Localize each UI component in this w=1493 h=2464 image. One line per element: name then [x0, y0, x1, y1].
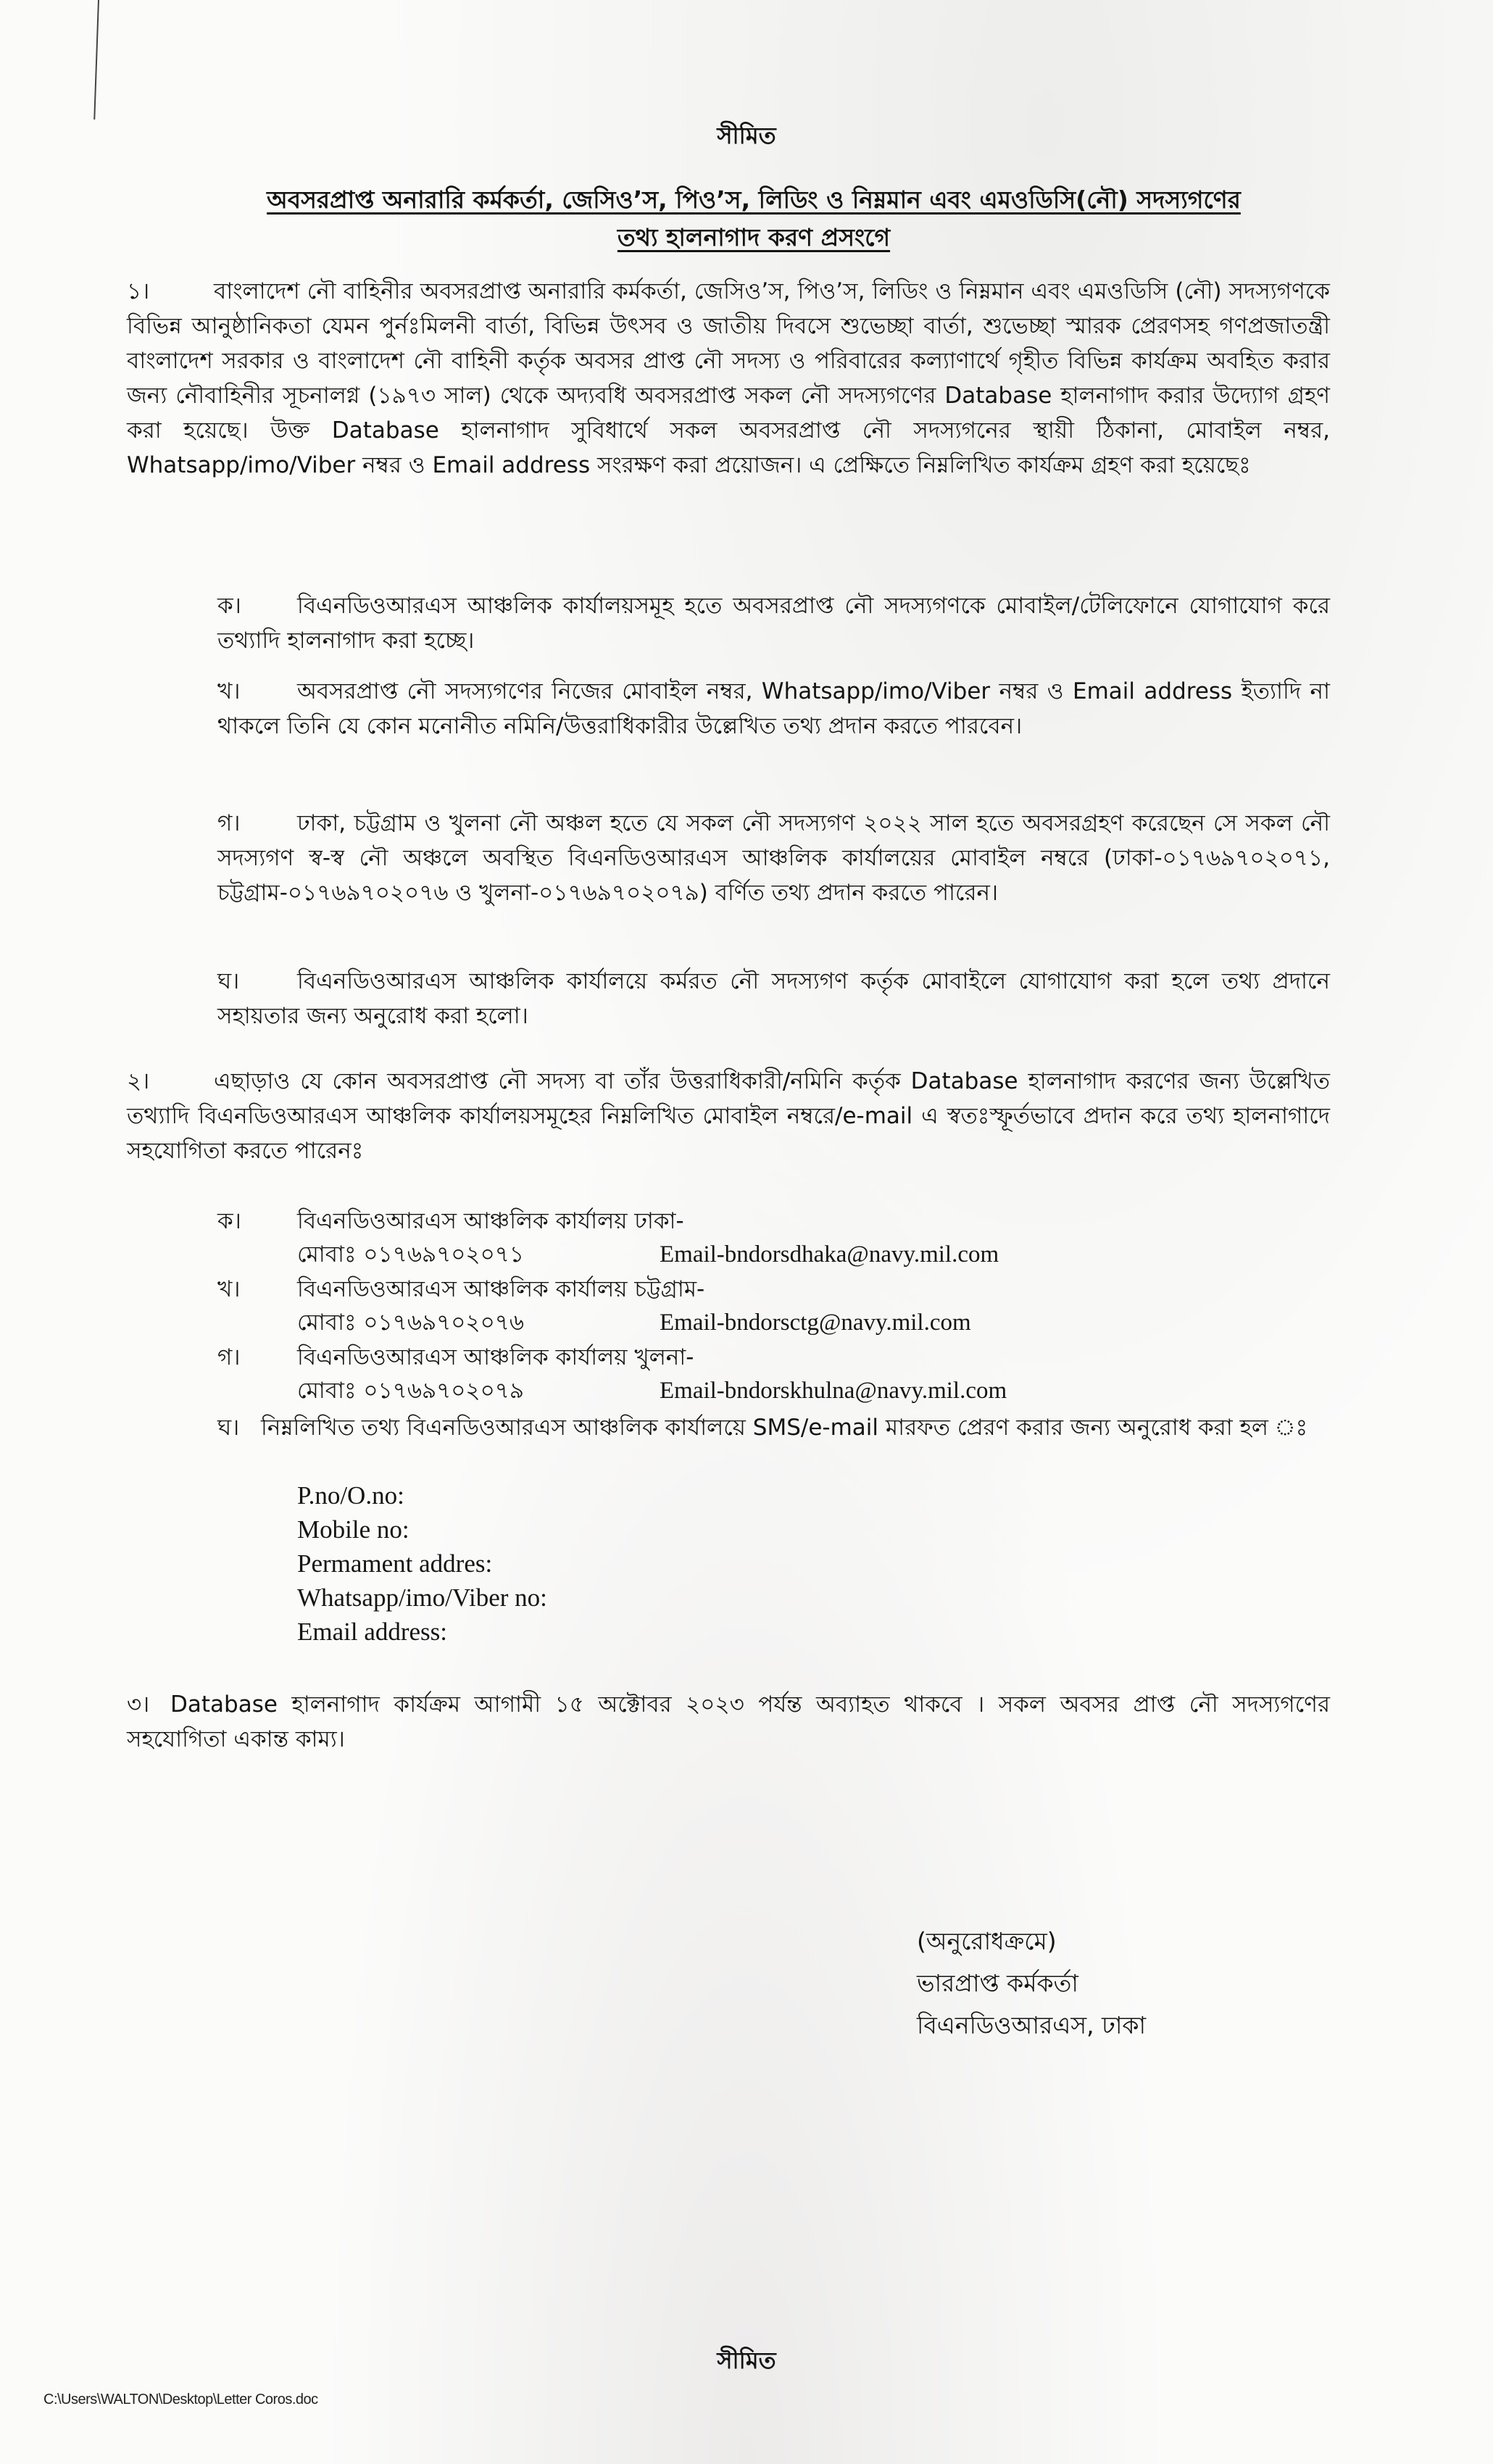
paragraph-1-item-ga: গ।ঢাকা, চট্টগ্রাম ও খুলনা নৌ অঞ্চল হতে য…	[217, 806, 1330, 910]
paragraph-text: এছাড়াও যে কোন অবসরপ্রাপ্ত নৌ সদস্য বা ত…	[127, 1068, 1330, 1164]
paper-fold-line	[93, 0, 99, 120]
office-name: বিএনডিওআরএস আঞ্চলিক কার্যালয় ঢাকা-	[297, 1208, 684, 1234]
paragraph-1-item-kha: খ।অবসরপ্রাপ্ত নৌ সদস্যগণের নিজের মোবাইল …	[217, 674, 1330, 744]
info-request: ঘ।নিম্নলিখিত তথ্য বিএনডিওআরএস আঞ্চলিক কা…	[217, 1410, 1330, 1445]
subject-line-2: তথ্য হালনাগাদ করণ প্রসংগে	[617, 223, 890, 251]
signature-line-3: বিএনডিওআরএস, ঢাকা	[917, 2005, 1146, 2047]
office-number: খ।	[217, 1273, 297, 1306]
item-text: ঢাকা, চট্টগ্রাম ও খুলনা নৌ অঞ্চল হতে যে …	[217, 810, 1330, 906]
classification-footer: সীমিত	[0, 2342, 1493, 2381]
mobile-number: মোবাঃ ০১৭৬৯৭০২০৭৯	[297, 1374, 660, 1407]
required-fields-list: P.no/O.no: Mobile no: Permament addres: …	[297, 1478, 547, 1649]
paragraph-1-item-ka: ক।বিএনডিওআরএস আঞ্চলিক কার্যালয়সমূহ হতে …	[217, 588, 1330, 658]
mobile-number: মোবাঃ ০১৭৬৯৭০২০৭৬	[297, 1306, 660, 1339]
office-name: বিএনডিওআরএস আঞ্চলিক কার্যালয় খুলনা-	[297, 1344, 694, 1370]
paragraph-number: ১।	[127, 274, 214, 309]
email-address[interactable]: Email-bndorskhulna@navy.mil.com	[660, 1378, 1007, 1404]
office-khulna-contact: মোবাঃ ০১৭৬৯৭০২০৭৯Email-bndorskhulna@navy…	[297, 1374, 1312, 1407]
item-text: নিম্নলিখিত তথ্য বিএনডিওআরএস আঞ্চলিক কার্…	[261, 1415, 1307, 1441]
office-khulna: গ।বিএনডিওআরএস আঞ্চলিক কার্যালয় খুলনা-	[217, 1341, 1330, 1374]
office-number: ক।	[217, 1204, 297, 1238]
paragraph-2: ২।এছাড়াও যে কোন অবসরপ্রাপ্ত নৌ সদস্য বা…	[127, 1064, 1330, 1168]
office-dhaka: ক।বিএনডিওআরএস আঞ্চলিক কার্যালয় ঢাকা-	[217, 1204, 1330, 1238]
subject-heading: অবসরপ্রাপ্ত অনারারি কর্মকর্তা, জেসিও’স, …	[145, 181, 1363, 257]
email-address[interactable]: Email-bndorsctg@navy.mil.com	[660, 1310, 971, 1336]
office-name: বিএনডিওআরএস আঞ্চলিক কার্যালয় চট্টগ্রাম-	[297, 1276, 704, 1302]
paragraph-1: ১।বাংলাদেশ নৌ বাহিনীর অবসরপ্রাপ্ত অনারার…	[127, 274, 1330, 483]
paragraph-text: বাংলাদেশ নৌ বাহিনীর অবসরপ্রাপ্ত অনারারি …	[127, 278, 1330, 478]
file-path-footer: C:\Users\WALTON\Desktop\Letter Coros.doc	[43, 2392, 318, 2408]
item-text: বিএনডিওআরএস আঞ্চলিক কার্যালয়সমূহ হতে অব…	[217, 593, 1330, 654]
item-number: ক।	[217, 588, 297, 623]
field-mobile: Mobile no:	[297, 1512, 547, 1547]
signature-line-2: ভারপ্রাপ্ত কর্মকর্তা	[917, 1963, 1146, 2005]
paragraph-number: ২।	[127, 1064, 214, 1099]
classification-header: সীমিত	[0, 117, 1493, 157]
item-text: অবসরপ্রাপ্ত নৌ সদস্যগণের নিজের মোবাইল নম…	[217, 678, 1330, 739]
office-number: গ।	[217, 1341, 297, 1374]
field-pno: P.no/O.no:	[297, 1478, 547, 1512]
office-chittagong: খ।বিএনডিওআরএস আঞ্চলিক কার্যালয় চট্টগ্রা…	[217, 1273, 1330, 1306]
signature-block: (অনুরোধক্রমে) ভারপ্রাপ্ত কর্মকর্তা বিএনড…	[917, 1920, 1146, 2047]
field-permanent-address: Permament addres:	[297, 1547, 547, 1581]
paragraph-3: ৩।Database হালনাগাদ কার্যক্রম আগামী ১৫ অ…	[127, 1687, 1330, 1757]
email-address[interactable]: Email-bndorsdhaka@navy.mil.com	[660, 1241, 999, 1268]
office-dhaka-contact: মোবাঃ ০১৭৬৯৭০২০৭১Email-bndorsdhaka@navy.…	[297, 1238, 1312, 1271]
item-number: গ।	[217, 806, 297, 841]
subject-line-1: অবসরপ্রাপ্ত অনারারি কর্মকর্তা, জেসিও’স, …	[267, 186, 1241, 214]
paragraph-text: Database হালনাগাদ কার্যক্রম আগামী ১৫ অক্…	[127, 1691, 1330, 1752]
paragraph-number: ৩।	[127, 1687, 170, 1722]
office-chittagong-contact: মোবাঃ ০১৭৬৯৭০২০৭৬Email-bndorsctg@navy.mi…	[297, 1306, 1312, 1339]
item-number: ঘ।	[217, 1410, 261, 1445]
field-whatsapp: Whatsapp/imo/Viber no:	[297, 1581, 547, 1615]
field-email: Email address:	[297, 1615, 547, 1649]
item-number: খ।	[217, 674, 297, 709]
paragraph-1-item-gha: ঘ।বিএনডিওআরএস আঞ্চলিক কার্যালয়ে কর্মরত …	[217, 964, 1330, 1033]
mobile-number: মোবাঃ ০১৭৬৯৭০২০৭১	[297, 1238, 660, 1271]
item-number: ঘ।	[217, 964, 297, 999]
signature-line-1: (অনুরোধক্রমে)	[917, 1920, 1146, 1963]
item-text: বিএনডিওআরএস আঞ্চলিক কার্যালয়ে কর্মরত নৌ…	[217, 968, 1330, 1029]
